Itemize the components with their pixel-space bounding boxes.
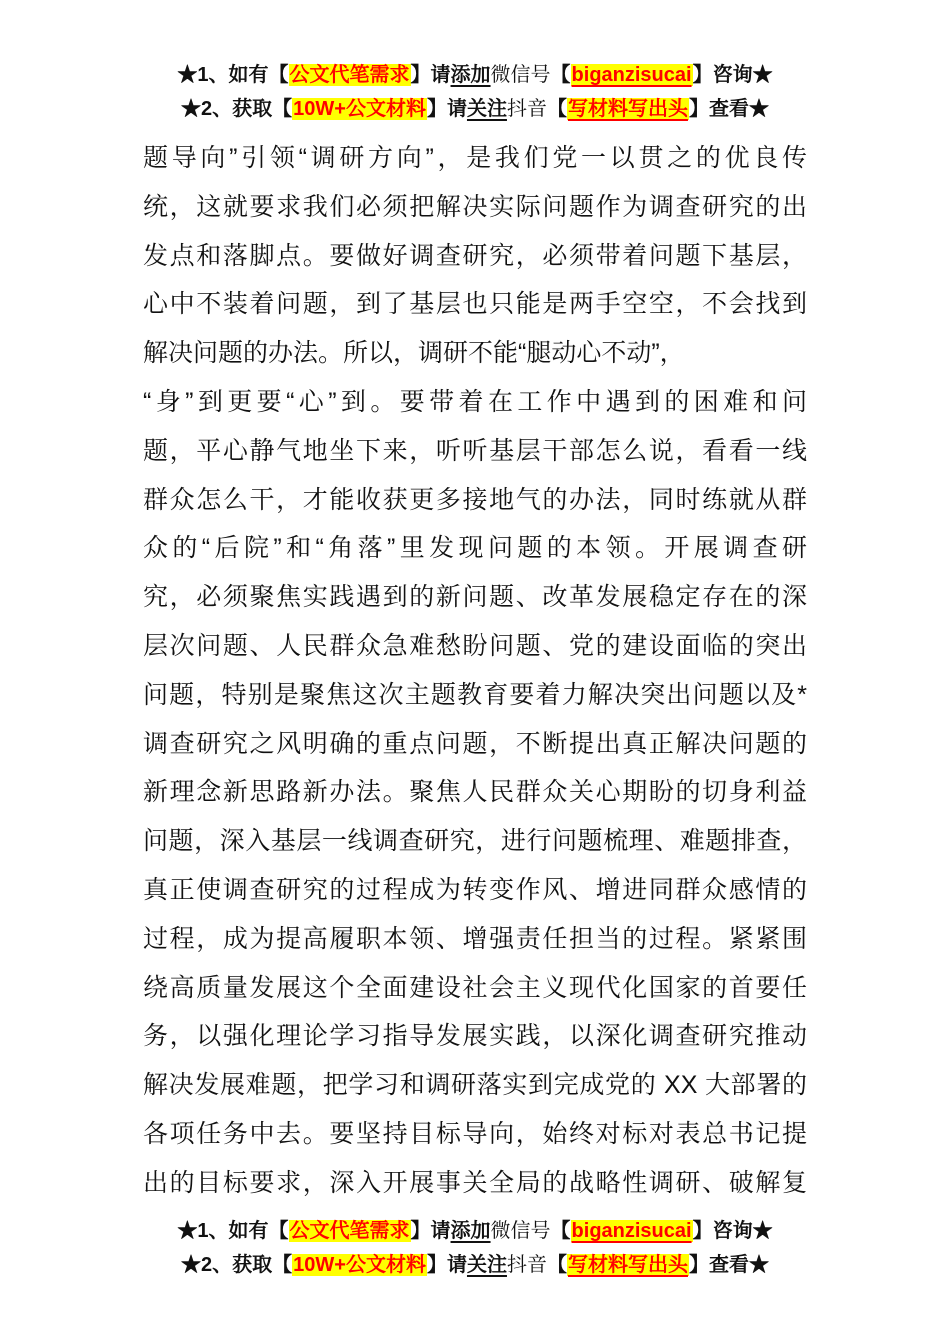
body-line: 心中不装着问题，到了基层也只能是两手空空，不会找到 bbox=[143, 280, 807, 329]
notice-segment: ★2、获取【 bbox=[181, 98, 292, 120]
notice-segment: 10W+公文材料 bbox=[292, 1254, 427, 1276]
notice-segment: 】查看★ bbox=[689, 1254, 769, 1276]
notice-segment: 抖音 bbox=[507, 98, 547, 120]
body-line: 题，平心静气地坐下来，听听基层干部怎么说，看看一线 bbox=[143, 427, 807, 476]
body-line: 调查研究之风明确的重点问题，不断提出真正解决问题的 bbox=[143, 720, 807, 769]
body-line: 真正使调查研究的过程成为转变作风、增进同群众感情的 bbox=[143, 866, 807, 915]
body-line: 统，这就要求我们必须把解决实际问题作为调查研究的出 bbox=[143, 183, 807, 232]
notice-segment: ★1、如有【 bbox=[177, 64, 288, 86]
body-line: 新理念新思路新办法。聚焦人民群众关心期盼的切身利益 bbox=[143, 768, 807, 817]
header-notice-line-2: ★2、获取【10W+公文材料】请关注抖音【写材料写出头】查看★ bbox=[0, 92, 950, 126]
notice-segment: 公文代笔需求 bbox=[289, 1220, 411, 1242]
body-line: 出的目标要求，深入开展事关全局的战略性调研、破解复 bbox=[143, 1159, 807, 1208]
body-line: 绕高质量发展这个全面建设社会主义现代化国家的首要任 bbox=[143, 964, 807, 1013]
notice-segment: 【 bbox=[547, 1254, 567, 1276]
body-line: 解决问题的办法。所以，调研不能“腿动心不动”， bbox=[143, 329, 807, 378]
notice-segment: 关注 bbox=[467, 98, 507, 120]
notice-segment: 公文代笔需求 bbox=[289, 64, 411, 86]
notice-segment: 】请 bbox=[427, 1254, 467, 1276]
notice-segment: 关注 bbox=[467, 1254, 507, 1276]
body-line: 各项任务中去。要坚持目标导向，始终对标对表总书记提 bbox=[143, 1110, 807, 1159]
notice-segment: 写材料写出头 bbox=[567, 98, 689, 120]
header-notice-line-1: ★1、如有【公文代笔需求】请添加微信号【biganzisucai】咨询★ bbox=[0, 58, 950, 92]
notice-segment: biganzisucai bbox=[571, 64, 693, 86]
notice-segment: 【 bbox=[551, 64, 571, 86]
notice-segment: 】请 bbox=[411, 1220, 451, 1242]
body-line: 过程，成为提高履职本领、增强责任担当的过程。紧紧围 bbox=[143, 915, 807, 964]
notice-segment: 【 bbox=[547, 98, 567, 120]
body-line: 众的“后院”和“角落”里发现问题的本领。开展调查研 bbox=[143, 524, 807, 573]
document-page: ★1、如有【公文代笔需求】请添加微信号【biganzisucai】咨询★ ★2、… bbox=[0, 0, 950, 1344]
body-line: 务，以强化理论学习指导发展实践，以深化调查研究推动 bbox=[143, 1012, 807, 1061]
body-line: 究，必须聚焦实践遇到的新问题、改革发展稳定存在的深 bbox=[143, 573, 807, 622]
body-line: 层次问题、人民群众急难愁盼问题、党的建设面临的突出 bbox=[143, 622, 807, 671]
body-line: 群众怎么干，才能收获更多接地气的办法，同时练就从群 bbox=[143, 476, 807, 525]
body-line: 问题，特别是聚焦这次主题教育要着力解决突出问题以及* bbox=[143, 671, 807, 720]
body-line: 题导向”引领“调研方向”，是我们党一以贯之的优良传 bbox=[143, 134, 807, 183]
notice-segment: 】咨询★ bbox=[693, 1220, 773, 1242]
header-notice: ★1、如有【公文代笔需求】请添加微信号【biganzisucai】咨询★ ★2、… bbox=[0, 58, 950, 126]
notice-segment: 微信号 bbox=[491, 64, 551, 86]
notice-segment: 添加 bbox=[451, 1220, 491, 1242]
footer-notice-line-2: ★2、获取【10W+公文材料】请关注抖音【写材料写出头】查看★ bbox=[0, 1248, 950, 1282]
notice-segment: biganzisucai bbox=[571, 1220, 693, 1242]
notice-segment: ★2、获取【 bbox=[181, 1254, 292, 1276]
notice-segment: 【 bbox=[551, 1220, 571, 1242]
notice-segment: 】咨询★ bbox=[693, 64, 773, 86]
footer-notice-line-1: ★1、如有【公文代笔需求】请添加微信号【biganzisucai】咨询★ bbox=[0, 1214, 950, 1248]
notice-segment: 】请 bbox=[427, 98, 467, 120]
notice-segment: 微信号 bbox=[491, 1220, 551, 1242]
notice-segment: 】请 bbox=[411, 64, 451, 86]
body-line: “身”到更要“心”到。要带着在工作中遇到的困难和问 bbox=[143, 378, 807, 427]
notice-segment: 添加 bbox=[451, 64, 491, 86]
body-line: 问题，深入基层一线调查研究，进行问题梳理、难题排查， bbox=[143, 817, 807, 866]
footer-notice: ★1、如有【公文代笔需求】请添加微信号【biganzisucai】咨询★ ★2、… bbox=[0, 1214, 950, 1282]
notice-segment: 10W+公文材料 bbox=[292, 98, 427, 120]
document-body: 题导向”引领“调研方向”，是我们党一以贯之的优良传统，这就要求我们必须把解决实际… bbox=[143, 134, 807, 1208]
body-line: 发点和落脚点。要做好调查研究，必须带着问题下基层， bbox=[143, 232, 807, 281]
notice-segment: 抖音 bbox=[507, 1254, 547, 1276]
body-line: 解决发展难题，把学习和调研落实到完成党的 XX 大部署的 bbox=[143, 1061, 807, 1110]
notice-segment: 】查看★ bbox=[689, 98, 769, 120]
notice-segment: ★1、如有【 bbox=[177, 1220, 288, 1242]
notice-segment: 写材料写出头 bbox=[567, 1254, 689, 1276]
